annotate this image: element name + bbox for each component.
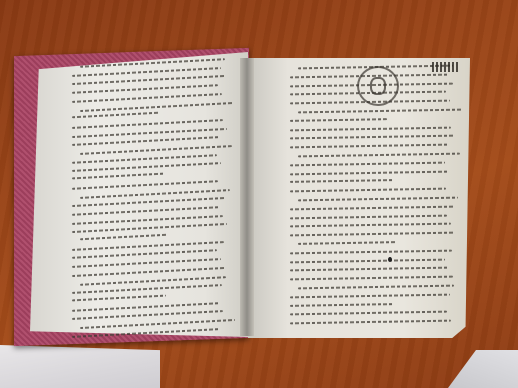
- seal-stamp-icon: [357, 66, 399, 106]
- photo-scene: Open bound manuscript register with hand…: [0, 0, 518, 388]
- book-gutter: [240, 58, 254, 336]
- ink-blot: [388, 257, 392, 262]
- floor-tile: [0, 345, 160, 388]
- page-number-mark: [432, 62, 458, 72]
